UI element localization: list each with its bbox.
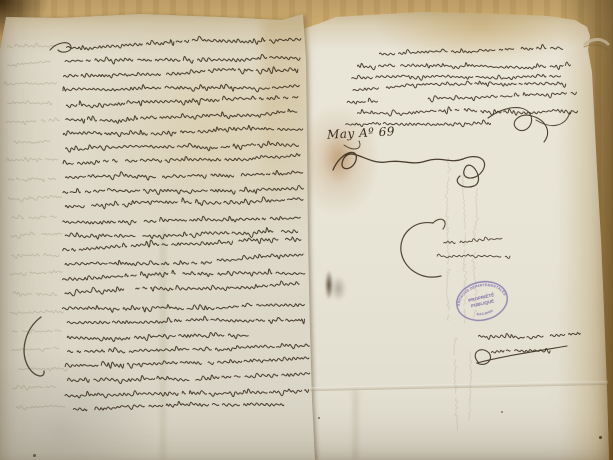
script-line (10, 270, 63, 276)
binding-thread-shadow (584, 45, 607, 50)
script-line (67, 331, 248, 344)
script-line (6, 157, 57, 163)
script-line (66, 139, 299, 155)
script-line (347, 98, 377, 104)
handwriting-layer (0, 0, 613, 460)
line-end-flourish-tail (536, 112, 570, 126)
script-line (65, 359, 201, 371)
script-line (217, 253, 303, 262)
script-line (14, 290, 57, 297)
script-line (63, 213, 301, 227)
left-margin-paraph (24, 317, 44, 376)
script-line (444, 236, 502, 243)
script-line (63, 124, 303, 139)
script-line (12, 215, 57, 220)
docket-paraph-hook (433, 219, 445, 229)
script-line (13, 384, 56, 390)
stamp-bottom-arc-text: BAS-RHIN (476, 308, 495, 317)
script-line (65, 51, 300, 67)
line-end-flourish (488, 108, 548, 142)
script-line (10, 310, 63, 315)
script-line (65, 226, 298, 243)
script-line (491, 348, 550, 357)
script-line (68, 342, 310, 356)
right-page-script (344, 44, 578, 129)
script-line (66, 94, 301, 109)
script-line (8, 100, 52, 106)
left-page-script (54, 33, 311, 412)
main-signature-stroke-2 (457, 157, 484, 187)
script-line (353, 79, 566, 92)
docket-paraph (401, 223, 441, 277)
left-opening-paraph (50, 43, 71, 52)
script-line (13, 329, 62, 334)
script-line (14, 140, 50, 144)
script-line (63, 153, 300, 166)
script-line (65, 194, 303, 210)
script-line (8, 61, 51, 67)
script-line (67, 313, 304, 330)
script-line (65, 166, 302, 182)
script-line (379, 44, 565, 55)
script-line (63, 182, 303, 199)
script-line (357, 59, 570, 74)
script-line (357, 104, 577, 118)
script-line (19, 367, 68, 373)
script-line (454, 338, 458, 430)
script-line (12, 347, 59, 352)
binding-thread (585, 40, 608, 45)
script-line (352, 71, 561, 83)
script-line (62, 267, 304, 282)
main-signature-stroke-1 (333, 152, 463, 170)
script-line (65, 258, 212, 269)
script-line (66, 33, 301, 50)
script-line (63, 66, 297, 80)
manuscript-photo: May Aº 69 ARCHIVES DÉPARTEMENTALES PROPR… (0, 0, 613, 460)
script-line (12, 253, 59, 258)
script-line (65, 280, 302, 296)
svg-text:BAS-RHIN: BAS-RHIN (476, 308, 495, 317)
script-line (208, 356, 309, 364)
script-line (4, 81, 56, 86)
script-line (73, 398, 284, 412)
script-line (17, 405, 66, 410)
script-line (67, 371, 309, 386)
script-line (66, 109, 297, 125)
script-line (9, 177, 56, 183)
margin-bleedthrough-script (3, 43, 68, 411)
date-curl (344, 141, 360, 149)
script-line (8, 43, 54, 48)
script-line (6, 118, 59, 126)
script-line (469, 352, 472, 421)
script-line (11, 231, 63, 239)
script-line (8, 195, 62, 202)
script-line (65, 385, 309, 402)
script-line (478, 330, 580, 342)
script-line (445, 158, 451, 320)
secondary-signature-underline (475, 346, 567, 364)
script-line (62, 299, 304, 314)
script-line (428, 92, 576, 103)
script-line (63, 80, 300, 98)
